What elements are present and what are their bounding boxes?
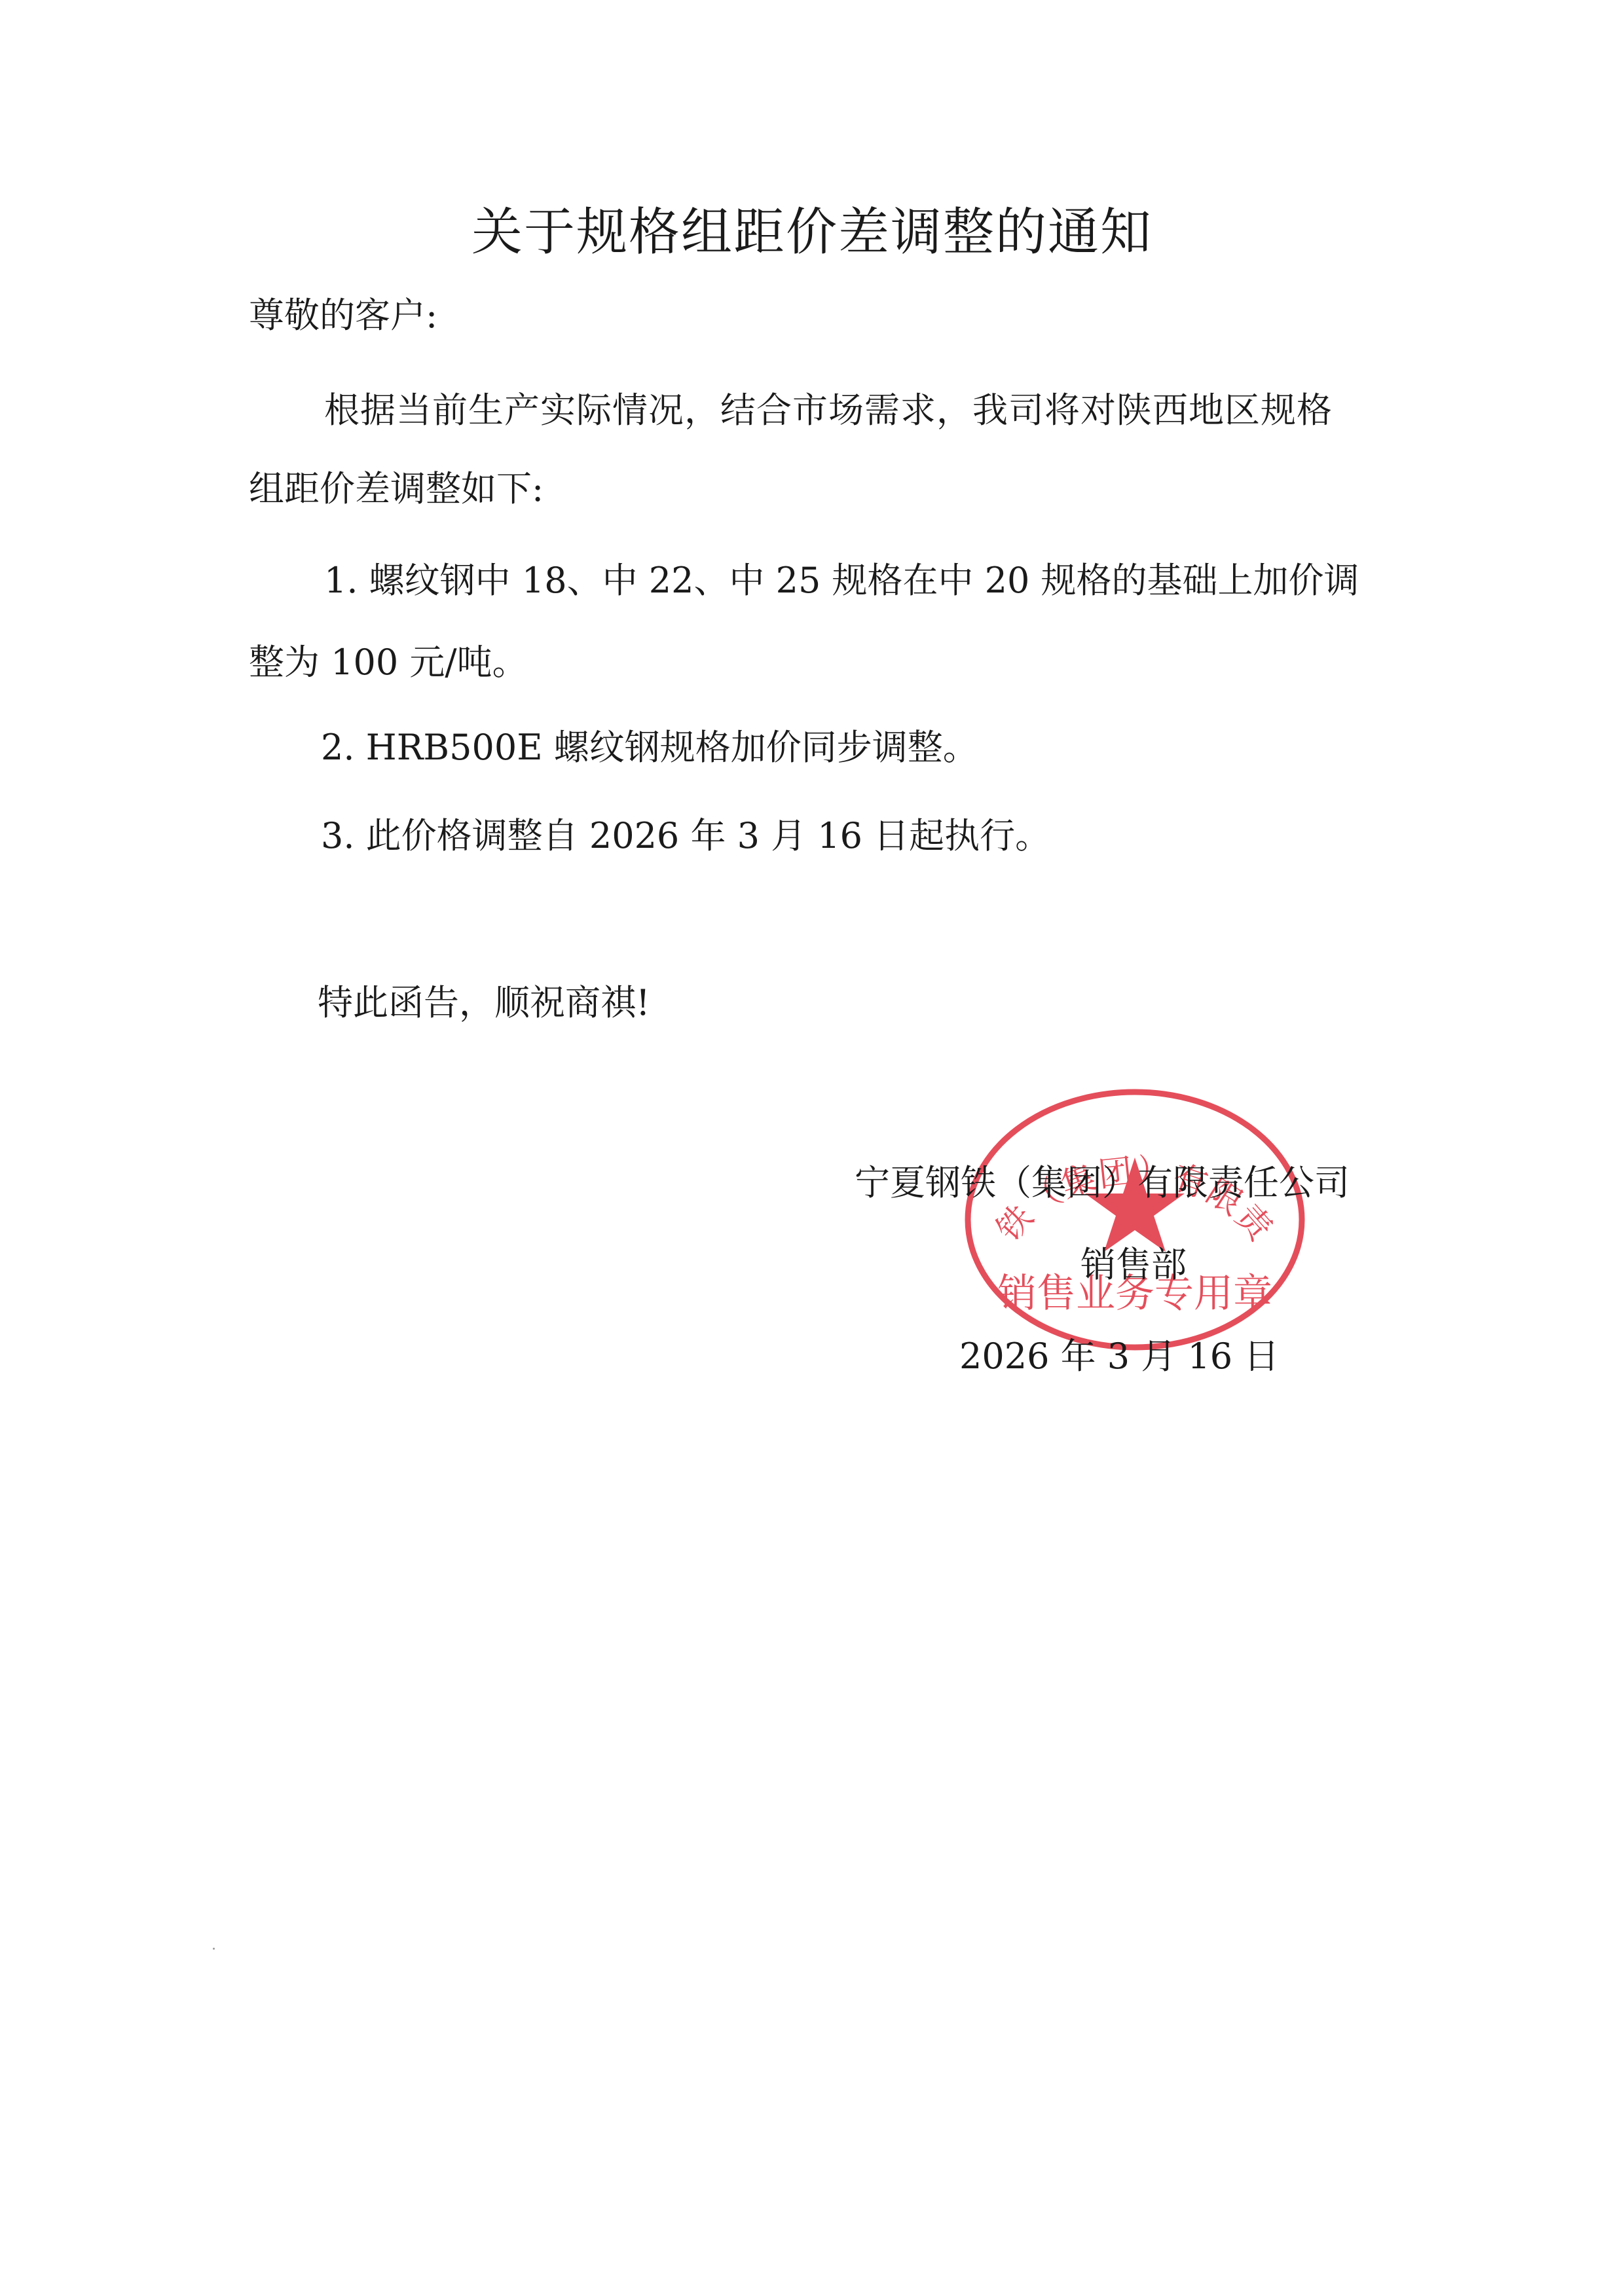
- intro-paragraph-line-1: 根据当前生产实际情况，结合市场需求，我司将对陕西地区规格: [324, 393, 1333, 428]
- closing-remark: 特此函告，顺祝商祺!: [318, 985, 650, 1021]
- greeting: 尊敬的客户:: [249, 298, 437, 333]
- item-1-line-1: 1. 螺纹钢中 18、中 22、中 25 规格在中 20 规格的基础上加价调: [324, 563, 1359, 598]
- item-2: 2. HRB500E 螺纹钢规格加价同步调整。: [321, 730, 978, 765]
- signature-date: 2026 年 3 月 16 日: [959, 1339, 1279, 1374]
- item-1-line-2: 整为 100 元/吨。: [249, 645, 528, 680]
- scan-speck: [213, 1948, 215, 1950]
- document-title: 关于规格组距价差调整的通知: [0, 191, 1624, 264]
- item-3: 3. 此价格调整自 2026 年 3 月 16 日起执行。: [321, 818, 1050, 854]
- signature-department: 销售部: [1080, 1247, 1187, 1283]
- signature-company: 宁夏钢铁（集团）有限责任公司: [855, 1165, 1350, 1201]
- document-page: 关于规格组距价差调整的通知 尊敬的客户: 根据当前生产实际情况，结合市场需求，我…: [0, 0, 1624, 2296]
- intro-paragraph-line-2: 组距价差调整如下:: [249, 471, 544, 507]
- official-seal: 宁夏钢铁（集团）有限责任公司 销售业务专用章: [961, 1085, 1308, 1354]
